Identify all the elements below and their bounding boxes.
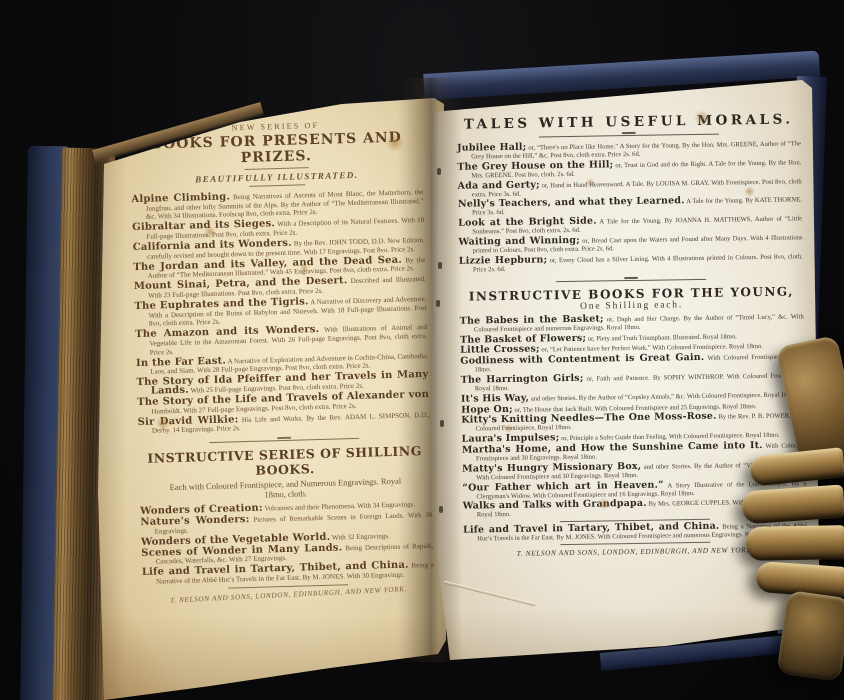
- book-photograph: NEW SERIES OF BOOKS FOR PRESENTS AND PRI…: [0, 0, 844, 700]
- book-description: With 32 Engravings.: [332, 532, 390, 542]
- binding-stitch: [436, 300, 440, 307]
- binding-stitch: [440, 420, 444, 427]
- binding-stitch: [438, 262, 442, 269]
- divider: [245, 167, 309, 170]
- divider: [249, 184, 305, 187]
- book-title: Ada and Gerty;: [458, 179, 540, 191]
- hand-finger: [746, 525, 844, 561]
- bronze-hand-sculpture: [730, 290, 844, 680]
- book-title: Lizzie Hepburn;: [459, 254, 548, 266]
- binding-stitch: [439, 506, 443, 513]
- book-description: Volcanoes and their Phenomena. With 34 E…: [264, 500, 415, 512]
- left-page: NEW SERIES OF BOOKS FOR PRESENTS AND PRI…: [90, 92, 450, 700]
- hand-finger: [749, 447, 844, 487]
- left-page-subtitle: BEAUTIFULLY ILLUSTRATED.: [131, 168, 423, 186]
- book-title: Nature's Wonders:: [140, 514, 249, 528]
- left-page-text-column: NEW SERIES OF BOOKS FOR PRESENTS AND PRI…: [129, 118, 434, 603]
- book-entry: Lizzie Hepburn; or, Every Cloud has a Si…: [459, 252, 803, 274]
- hand-palm: [776, 590, 844, 682]
- book-title: The Harrington Girls;: [461, 373, 584, 386]
- left-section2-subtitle: Each with Coloured Frontispiece, and Num…: [160, 475, 410, 502]
- book-description: or, Piety and Truth Triumphant. Illustra…: [588, 333, 737, 342]
- book-title: It's His Way,: [461, 392, 529, 404]
- right-page-title: TALES WITH USEFUL MORALS.: [457, 111, 801, 132]
- book-title: Walks and Talks with Grandpapa.: [463, 498, 647, 512]
- book-title: Nelly's Teachers, and what they Learned.: [458, 196, 685, 211]
- binding-stitch: [437, 168, 441, 175]
- hand-finger: [741, 484, 844, 524]
- section-divider-ornament: [209, 434, 359, 444]
- section-divider-ornament: [556, 275, 706, 283]
- divider: [560, 542, 710, 545]
